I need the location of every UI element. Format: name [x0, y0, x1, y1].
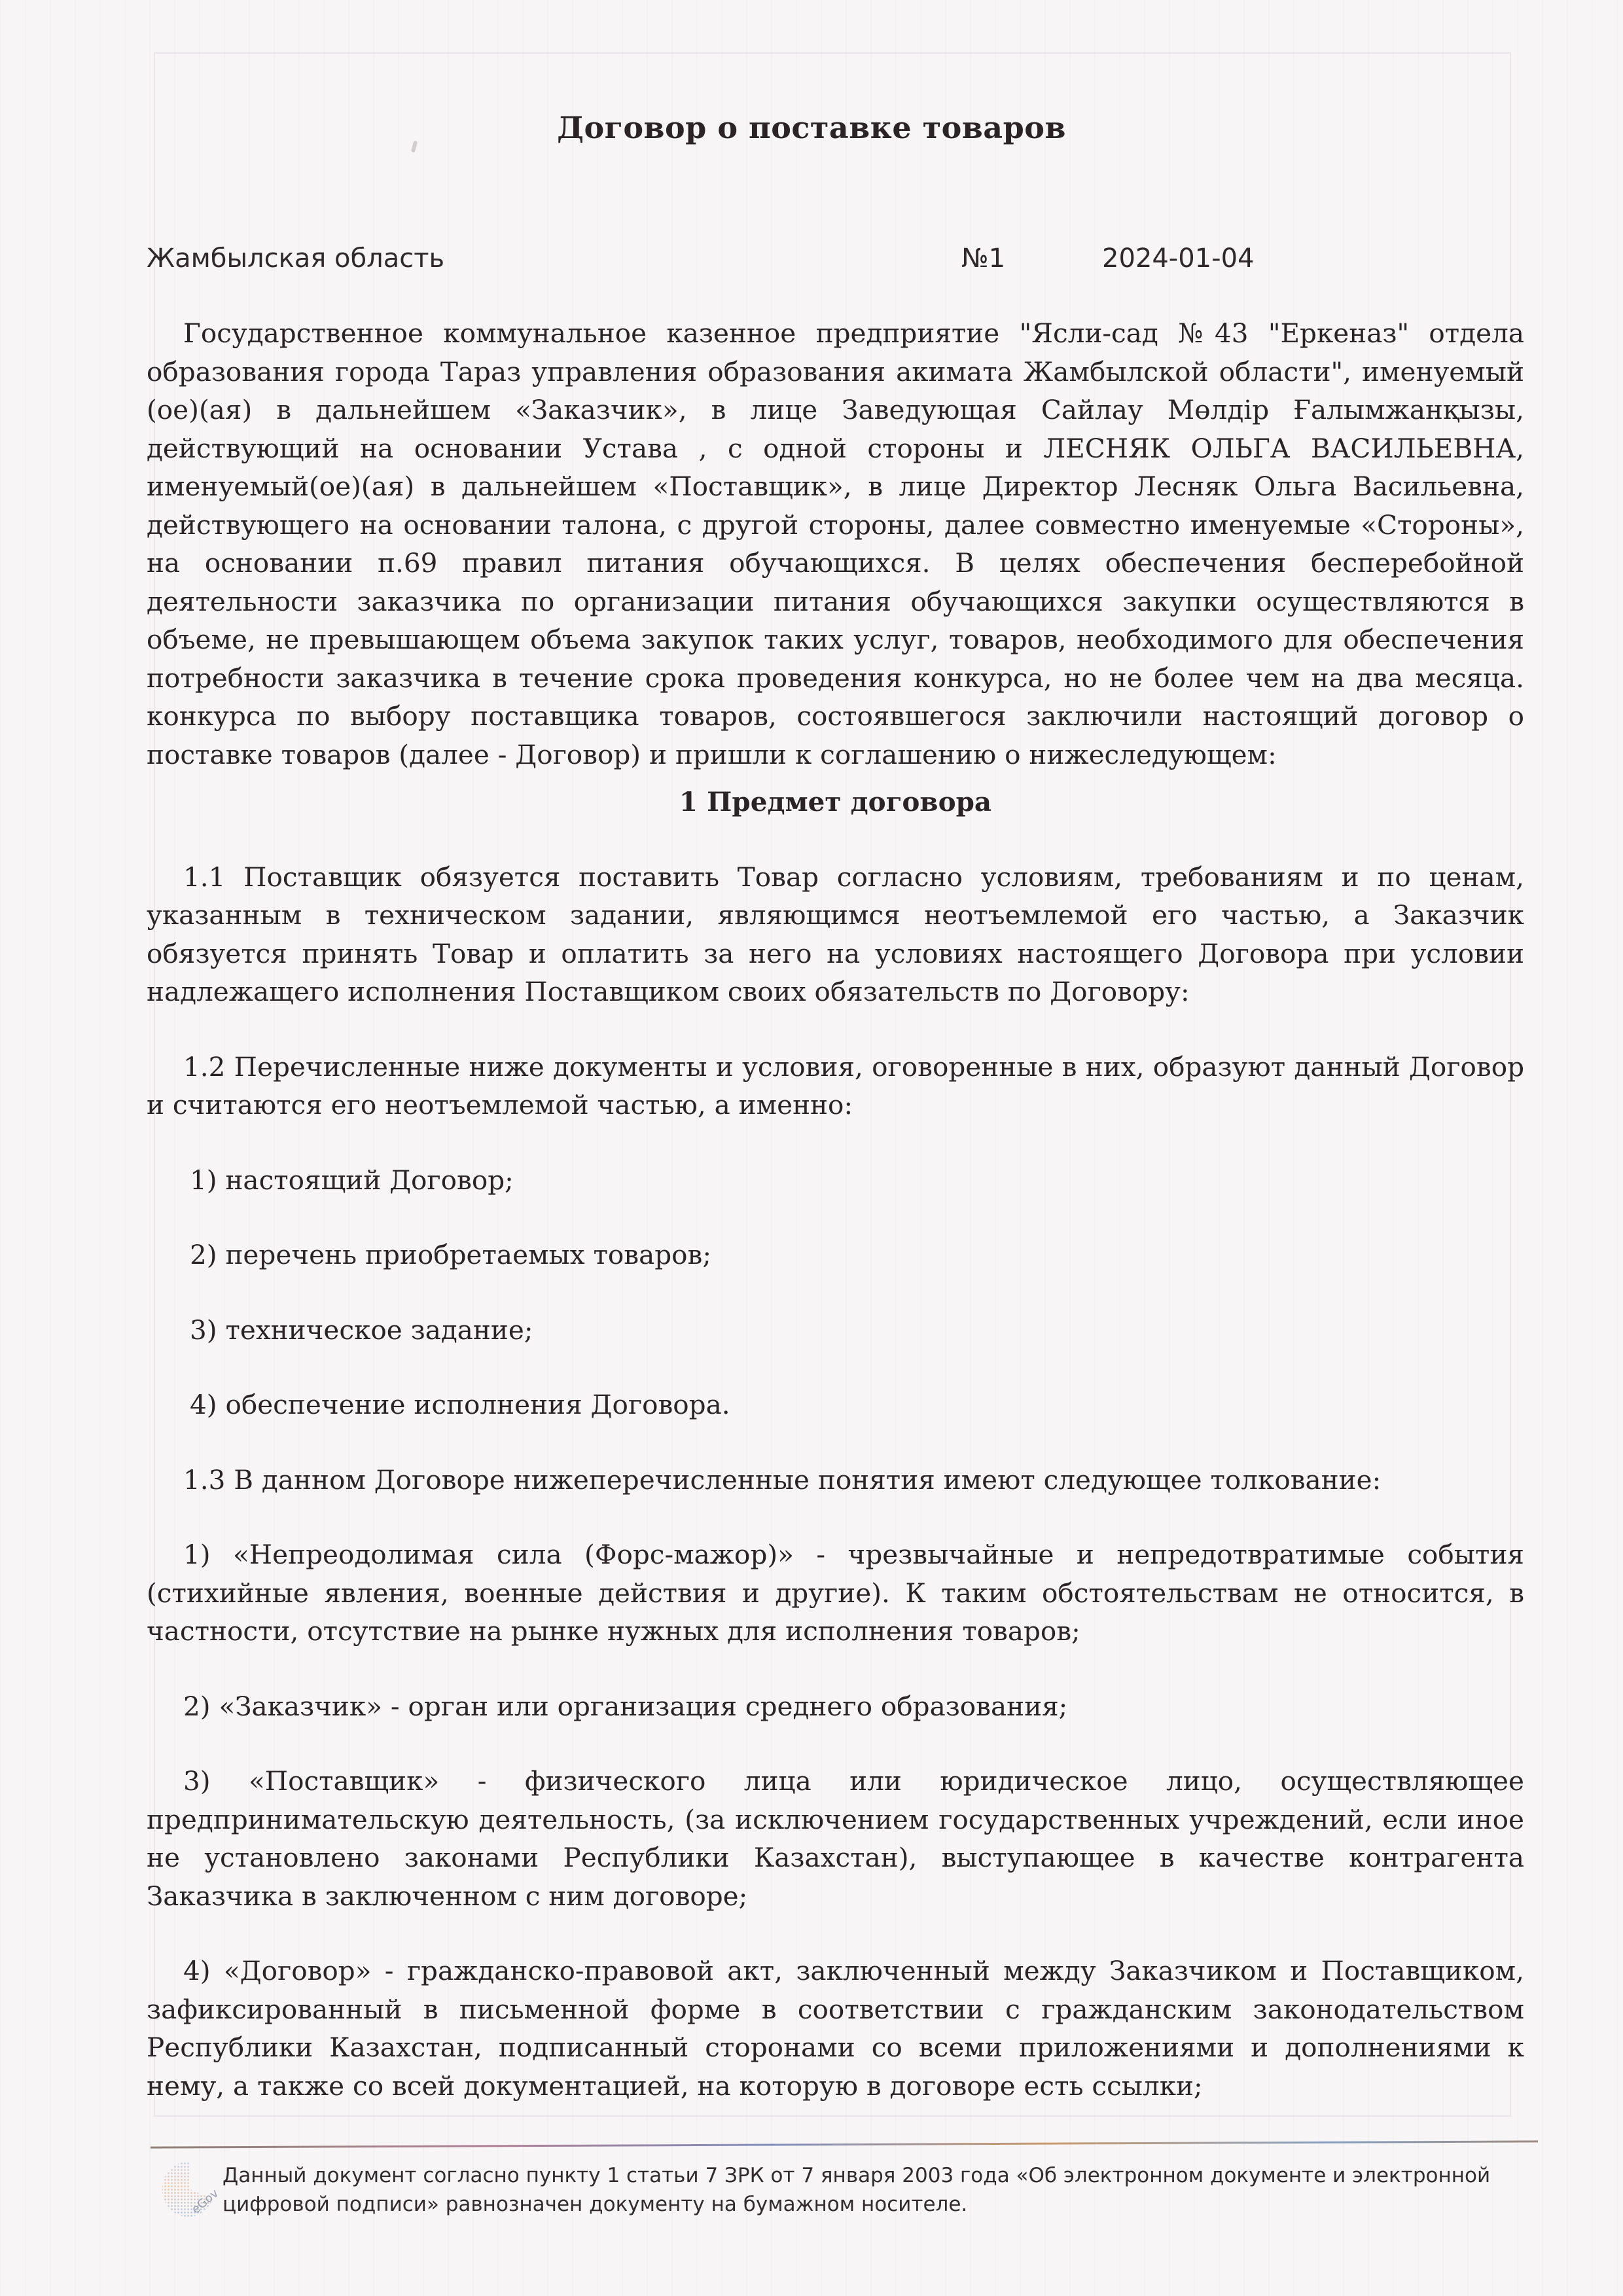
document-body: Государственное коммунальное казенное пр…	[147, 314, 1524, 2105]
e-gov-seal-icon: eGov	[160, 2159, 219, 2221]
document-page: Договор о поставке товаров Жамбылская об…	[0, 0, 1623, 2296]
list-item: 3) техническое задание;	[147, 1311, 1524, 1350]
document-header-row: Жамбылская область №1 2024-01-04	[147, 243, 1495, 283]
contract-date: 2024-01-04	[1102, 243, 1254, 274]
list-item: 1) настоящий Договор;	[147, 1161, 1524, 1200]
preamble-paragraph: Государственное коммунальное казенное пр…	[147, 314, 1524, 774]
document-title: Договор о поставке товаров	[0, 110, 1623, 145]
definition-item: 3) «Поставщик» - физического лица или юр…	[147, 1762, 1524, 1915]
clause-1-2: 1.2 Перечисленные ниже документы и услов…	[147, 1048, 1524, 1124]
definition-item: 1) «Непреодолимая сила (Форс-мажор)» - ч…	[147, 1535, 1524, 1651]
region-label: Жамбылская область	[147, 243, 444, 274]
footer-divider	[151, 2140, 1538, 2148]
clause-1-3: 1.3 В данном Договоре нижеперечисленные …	[147, 1461, 1524, 1499]
clause-1-1: 1.1 Поставщик обязуется поставить Товар …	[147, 858, 1524, 1011]
section-heading: 1 Предмет договора	[147, 783, 1524, 821]
contract-number: №1	[961, 243, 1005, 274]
list-item: 2) перечень приобретаемых товаров;	[147, 1236, 1524, 1274]
svg-text:eGov: eGov	[189, 2186, 219, 2216]
definition-item: 4) «Договор» - гражданско-правовой акт, …	[147, 1952, 1524, 2105]
e-document-legal-note: Данный документ согласно пункту 1 статьи…	[223, 2161, 1531, 2219]
definition-item: 2) «Заказчик» - орган или организация ср…	[147, 1687, 1524, 1726]
e-signature-footer: eGov Данный документ согласно пункту 1 с…	[157, 2153, 1531, 2225]
list-item: 4) обеспечение исполнения Договора.	[147, 1386, 1524, 1424]
